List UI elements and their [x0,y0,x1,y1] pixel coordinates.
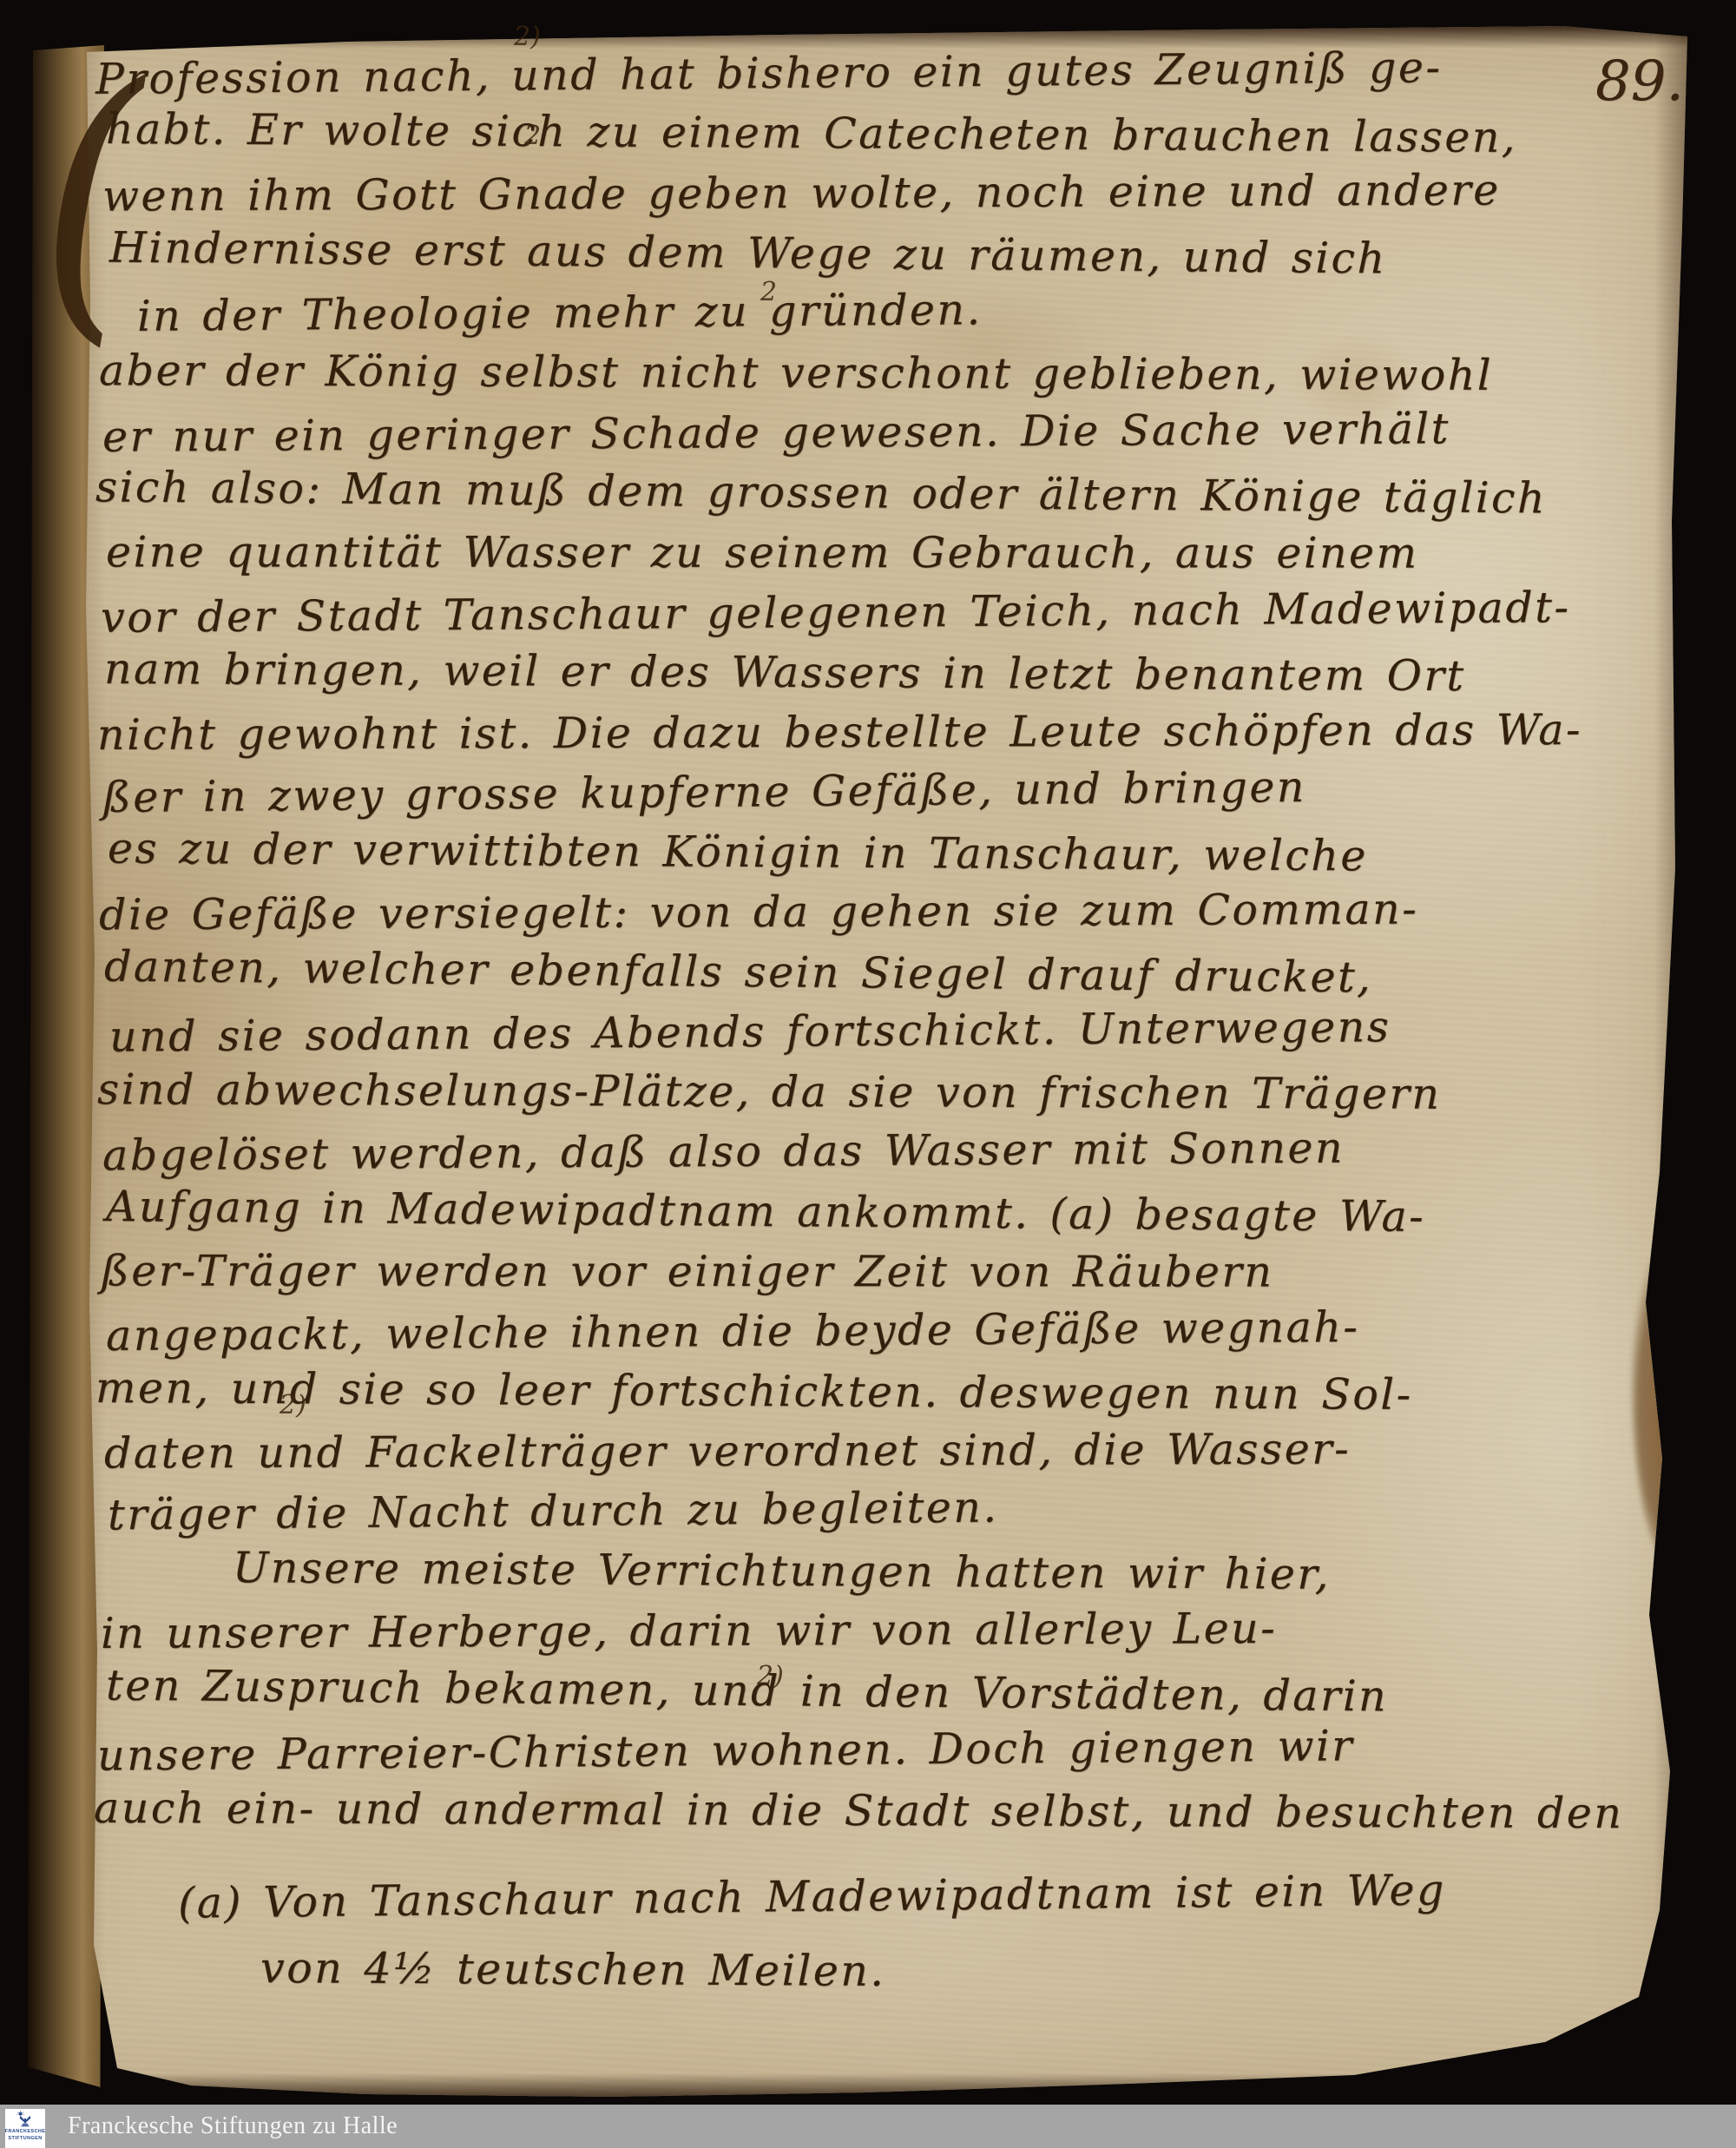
eagle-sun-emblem-icon [16,2111,35,2128]
logo-text-line1: FRANCKESCHE [5,2128,46,2135]
foxing-spot [875,283,1101,405]
footer-institution-title: Franckesche Stiftungen zu Halle [68,2112,398,2141]
edge-stain [1632,1245,1706,1566]
manuscript-page [24,23,1691,2103]
foxing-spot [510,1768,667,1846]
logo-text-line2: STIFTUNGEN [8,2135,42,2142]
scan-viewport: { "manuscript": { "folio_number": "89.",… [0,0,1736,2148]
franckesche-stiftungen-logo: FRANCKESCHE STIFTUNGEN [5,2109,45,2148]
foxing-spot [1292,335,1422,431]
